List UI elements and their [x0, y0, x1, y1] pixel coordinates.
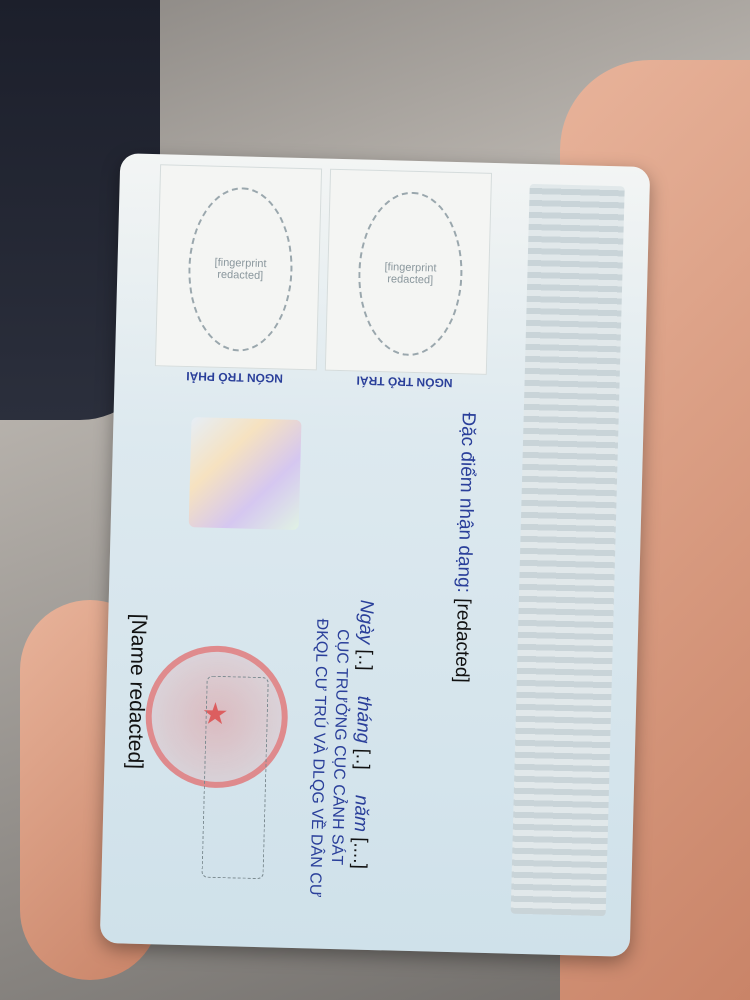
barcode-placeholder	[511, 184, 625, 916]
issue-date: Ngày [..] tháng [..] năm [....]	[348, 599, 377, 869]
fingerprint-right-index: [fingerprint redacted]	[155, 164, 322, 370]
signature-placeholder	[201, 676, 268, 880]
fingerprint-placeholder: [fingerprint redacted]	[356, 190, 464, 357]
hologram-emblem	[189, 417, 302, 530]
fingerprint-placeholder: [fingerprint redacted]	[186, 186, 294, 353]
fingerprint-left-index: [fingerprint redacted]	[325, 169, 492, 375]
identifying-features-label: Đặc điểm nhận dạng:	[453, 412, 479, 593]
id-card-back: [fingerprint redacted] [fingerprint reda…	[100, 153, 650, 957]
identifying-features-value: [redacted]	[451, 598, 474, 683]
month-label: tháng	[352, 696, 374, 744]
year-label: năm	[350, 795, 372, 833]
fingerprint-label-left: NGÓN TRỎ TRÁI	[324, 373, 484, 391]
identifying-features: Đặc điểm nhận dạng: [redacted]	[450, 412, 479, 683]
authority-title-line1: CỤC TRƯỞNG CỤC CẢNH SÁT	[327, 629, 351, 865]
month-value: [..]	[351, 748, 373, 770]
year-value: [....]	[349, 837, 371, 869]
day-value: [..]	[354, 649, 376, 671]
signer-name: [Name redacted]	[122, 614, 150, 770]
day-label: Ngày	[355, 600, 377, 645]
fingerprint-label-right: NGÓN TRỎ PHẢI	[154, 368, 314, 386]
